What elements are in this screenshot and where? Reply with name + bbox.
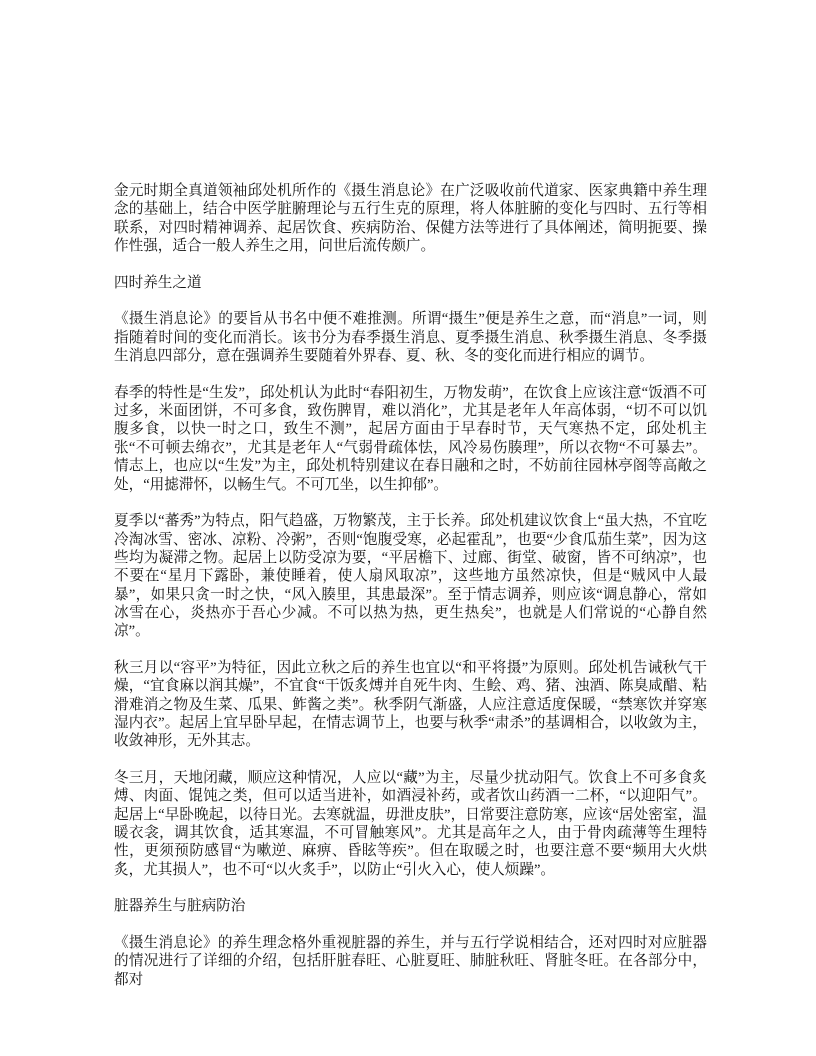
paragraph-organs: 《摄生消息论》的养生理念格外重视脏器的养生，并与五行学说相结合，还对四时对应脏器…	[114, 934, 707, 989]
paragraph-book-overview: 《摄生消息论》的要旨从书名中便不难推测。所谓“摄生”便是养生之意，而“消息”一词…	[114, 310, 707, 365]
section-heading-four-seasons: 四时养生之道	[114, 274, 707, 292]
paragraph-autumn: 秋三月以“容平”为特征，因此立秋之后的养生也宜以“和平将摄”为原则。邱处机告诫秋…	[114, 659, 707, 751]
paragraph-spring: 春季的特性是“生发”，邱处机认为此时“春阳初生，万物发萌”，在饮食上应该注意“饭…	[114, 384, 707, 494]
document-page: 金元时期全真道领袖邱处机所作的《摄生消息论》在广泛吸收前代道家、医家典籍中养生理…	[0, 0, 816, 1056]
intro-paragraph: 金元时期全真道领袖邱处机所作的《摄生消息论》在广泛吸收前代道家、医家典籍中养生理…	[114, 182, 707, 255]
paragraph-winter: 冬三月，天地闭藏，顺应这种情况，人应以“藏”为主，尽量少扰动阳气。饮食上不可多食…	[114, 769, 707, 879]
paragraph-summer: 夏季以“蕃秀”为特点，阳气趋盛，万物繁茂，主于长养。邱处机建议饮食上“虽大热，不…	[114, 512, 707, 640]
section-heading-organs: 脏器养生与脏病防治	[114, 897, 707, 915]
